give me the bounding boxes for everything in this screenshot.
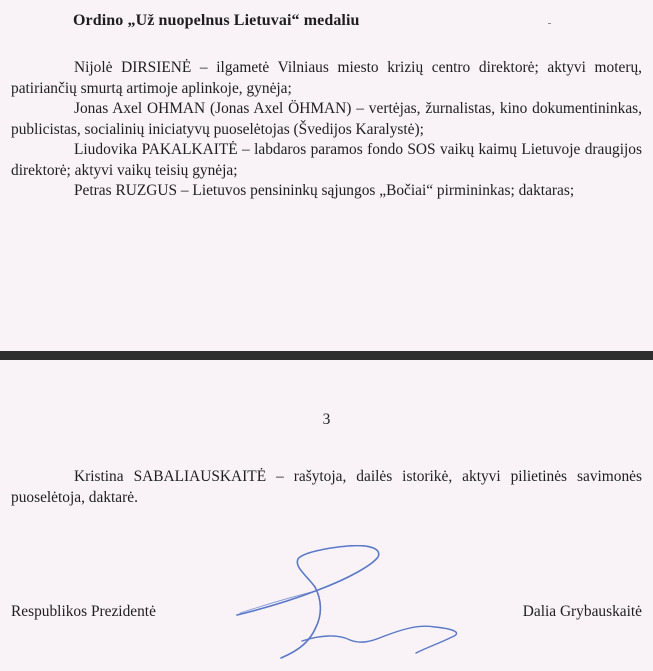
document-page-3: 3 Kristina SABALIAUSKAITĖ – rašytoja, da…	[0, 361, 653, 671]
signatory-title: Respublikos Prezidentė	[11, 603, 156, 621]
awardee-paragraph: Petras RUZGUS – Lietuvos pensininkų sąju…	[11, 181, 642, 202]
signatory-name: Dalia Grybauskaitė	[523, 603, 642, 621]
awardee-paragraph: Nijolė DIRSIENĖ – ilgametė Vilniaus mies…	[11, 58, 642, 99]
page-number: 3	[0, 411, 653, 429]
awardee-paragraph: Kristina SABALIAUSKAITĖ – rašytoja, dail…	[11, 467, 642, 508]
awardee-paragraph: Liudovika PAKALKAITĖ – labdaros paramos …	[11, 140, 642, 181]
section-heading: Ordino „Už nuopelnus Lietuvai“ medaliu	[73, 12, 360, 30]
scan-speck	[548, 23, 551, 24]
awardee-paragraph: Jonas Axel OHMAN (Jonas Axel ÖHMAN) – ve…	[11, 99, 642, 140]
document-page-2: Ordino „Už nuopelnus Lietuvai“ medaliu N…	[0, 0, 653, 351]
page-separator	[0, 351, 653, 360]
handwritten-signature-icon	[230, 545, 470, 670]
